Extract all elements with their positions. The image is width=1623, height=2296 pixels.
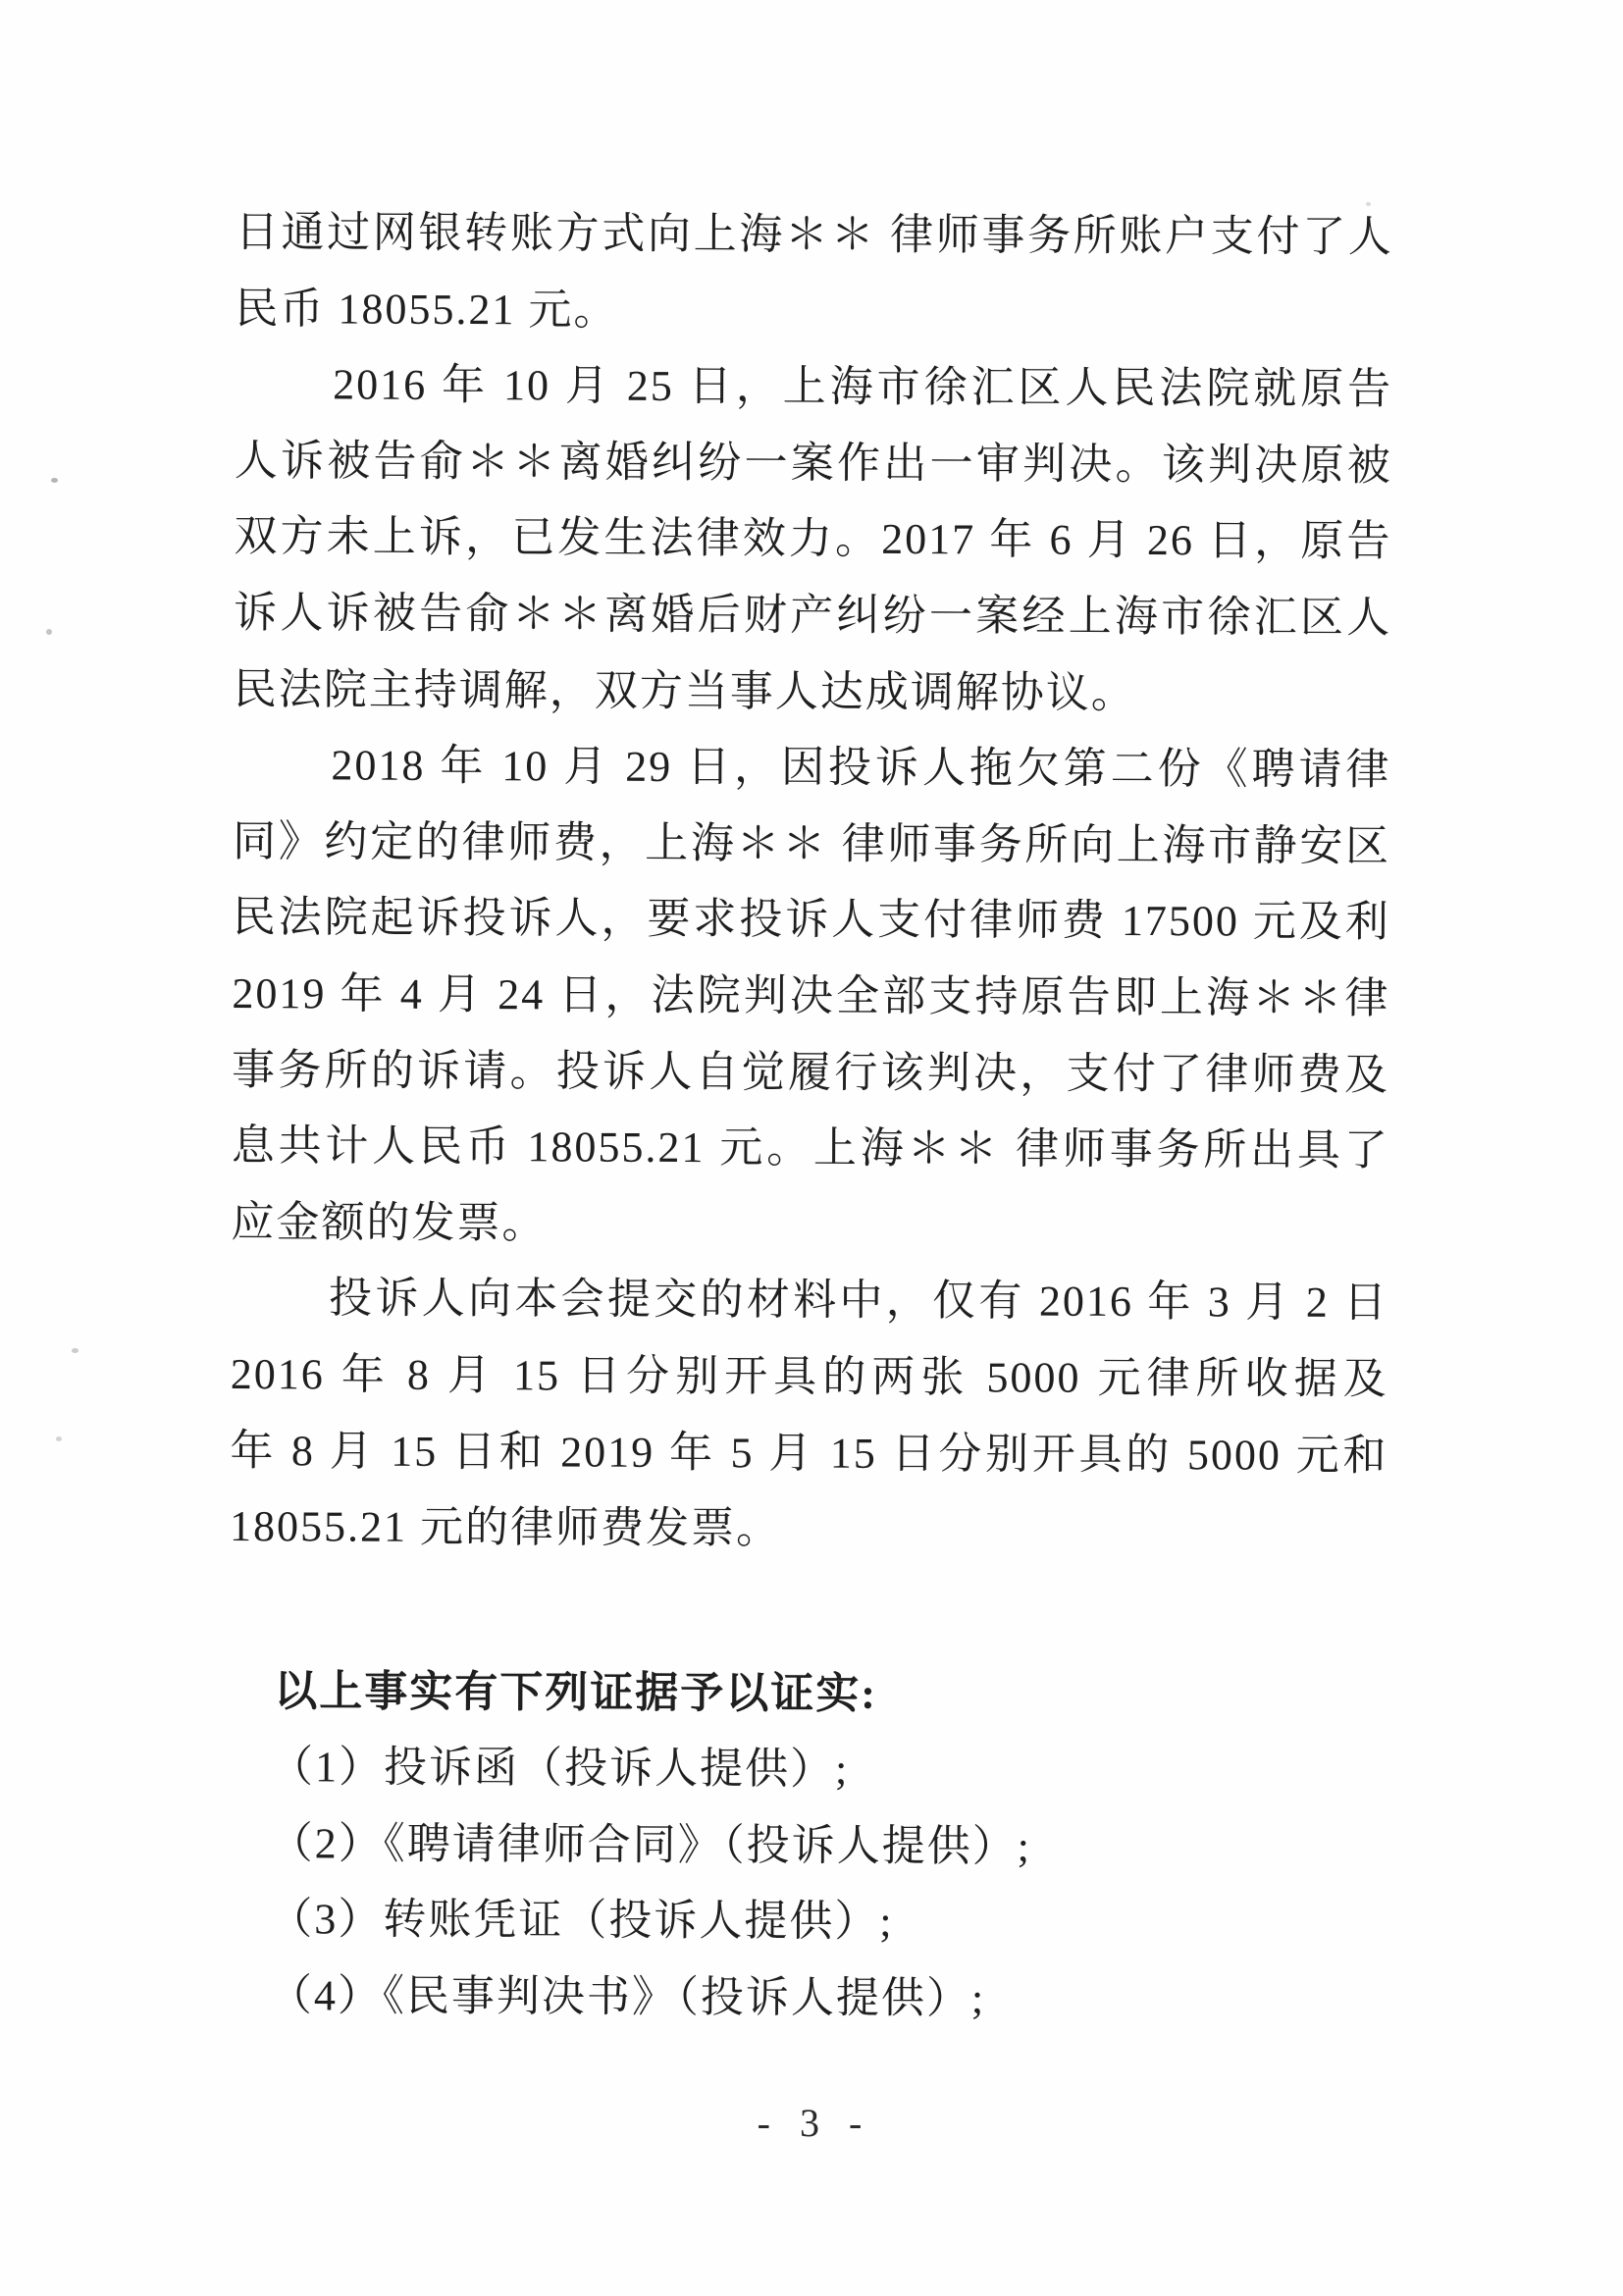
body-line: 双方未上诉，已发生法律效力。2017 年 6 月 26 日，原告投 bbox=[234, 498, 1391, 580]
body-line: 息共计人民币 18055.21 元。上海＊＊ 律师事务所出具了相 bbox=[232, 1108, 1389, 1189]
document-body: 日通过网银转账方式向上海＊＊ 律师事务所账户支付了人 民币 18055.21 元… bbox=[228, 194, 1393, 2039]
body-line: 2019 年 4 月 24 日，法院判决全部支持原告即上海＊＊律师 bbox=[232, 956, 1389, 1037]
evidence-item: （2）《聘请律师合同》（投诉人提供）; bbox=[228, 1805, 1386, 1887]
body-line: 年 8 月 15 日和 2019 年 5 月 15 日分别开具的 5000 元和 bbox=[230, 1412, 1387, 1493]
body-line: 日通过网银转账方式向上海＊＊ 律师事务所账户支付了人 bbox=[236, 194, 1393, 276]
scanned-document-page: 日通过网银转账方式向上海＊＊ 律师事务所账户支付了人 民币 18055.21 元… bbox=[0, 0, 1623, 2296]
scan-speck bbox=[51, 478, 58, 483]
body-line: 民币 18055.21 元。 bbox=[235, 271, 1392, 352]
body-line: 事务所的诉请。投诉人自觉履行该判决，支付了律师费及利 bbox=[232, 1032, 1389, 1114]
section-gap bbox=[230, 1565, 1387, 1658]
scan-speck bbox=[56, 1436, 62, 1441]
page-number: - 3 - bbox=[236, 2098, 1393, 2149]
evidence-item: （4）《民事判决书》（投诉人提供）; bbox=[228, 1957, 1386, 2039]
body-line: 2016 年 8 月 15 日分别开具的两张 5000 元律所收据及 2016 bbox=[231, 1336, 1388, 1418]
scan-speck bbox=[46, 629, 52, 635]
body-line: 同》约定的律师费，上海＊＊ 律师事务所向上海市静安区人 bbox=[233, 804, 1390, 885]
body-line: 2016 年 10 月 25 日，上海市徐汇区人民法院就原告投诉 bbox=[235, 346, 1392, 428]
body-line: 应金额的发票。 bbox=[231, 1184, 1388, 1266]
body-line: 诉人诉被告俞＊＊离婚后财产纠纷一案经上海市徐汇区人 bbox=[234, 575, 1391, 656]
body-line: 18055.21 元的律师费发票。 bbox=[230, 1488, 1387, 1570]
body-line: 投诉人向本会提交的材料中，仅有 2016 年 3 月 2 日和 bbox=[231, 1260, 1388, 1341]
body-line: 2018 年 10 月 29 日，因投诉人拖欠第二份《聘请律师合 bbox=[233, 727, 1390, 809]
evidence-item: （1）投诉函（投诉人提供）; bbox=[229, 1729, 1387, 1810]
body-line: 民法院起诉投诉人，要求投诉人支付律师费 17500 元及利息。 bbox=[233, 879, 1390, 961]
scan-speck bbox=[72, 1348, 79, 1353]
body-line: 人诉被告俞＊＊离婚纠纷一案作出一审判决。该判决原被告 bbox=[235, 423, 1392, 504]
body-line: 民法院主持调解，双方当事人达成调解协议。 bbox=[234, 652, 1391, 733]
evidence-item: （3）转账凭证（投诉人提供）; bbox=[228, 1881, 1386, 1962]
evidence-heading: 以上事实有下列证据予以证实: bbox=[229, 1653, 1387, 1735]
